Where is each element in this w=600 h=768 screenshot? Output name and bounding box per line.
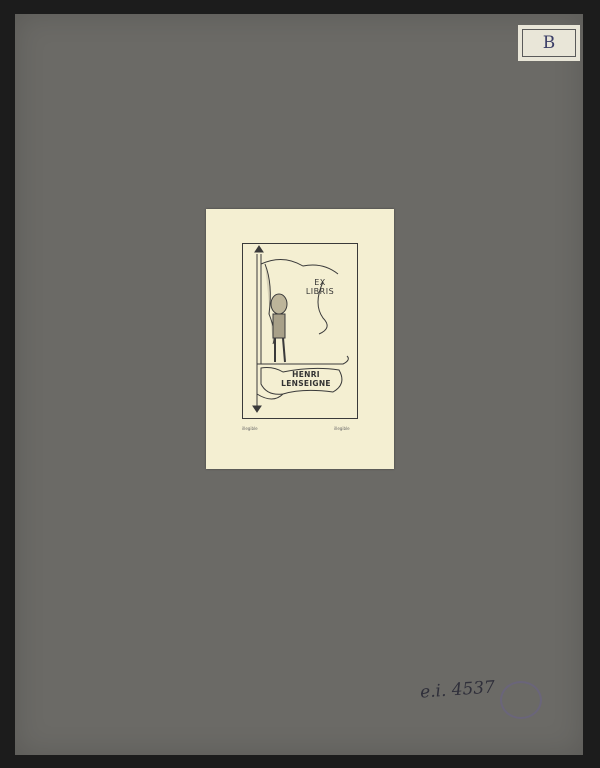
- ex-libris-heading: EX LIBRIS: [297, 278, 343, 296]
- knight-banner-illustration: [243, 244, 359, 420]
- museum-stamp: [500, 681, 542, 719]
- label-letter: B: [522, 29, 576, 57]
- bookplate-engraving: EX LIBRIS HENRI LENSEIGNE: [242, 243, 358, 419]
- artist-credit: illegible: [242, 426, 258, 431]
- label-tag: B: [518, 25, 580, 61]
- bookplate-card: EX LIBRIS HENRI LENSEIGNE illegible ille…: [206, 209, 394, 469]
- owner-name: HENRI LENSEIGNE: [273, 370, 339, 388]
- engraver-credit: illegible: [334, 426, 350, 431]
